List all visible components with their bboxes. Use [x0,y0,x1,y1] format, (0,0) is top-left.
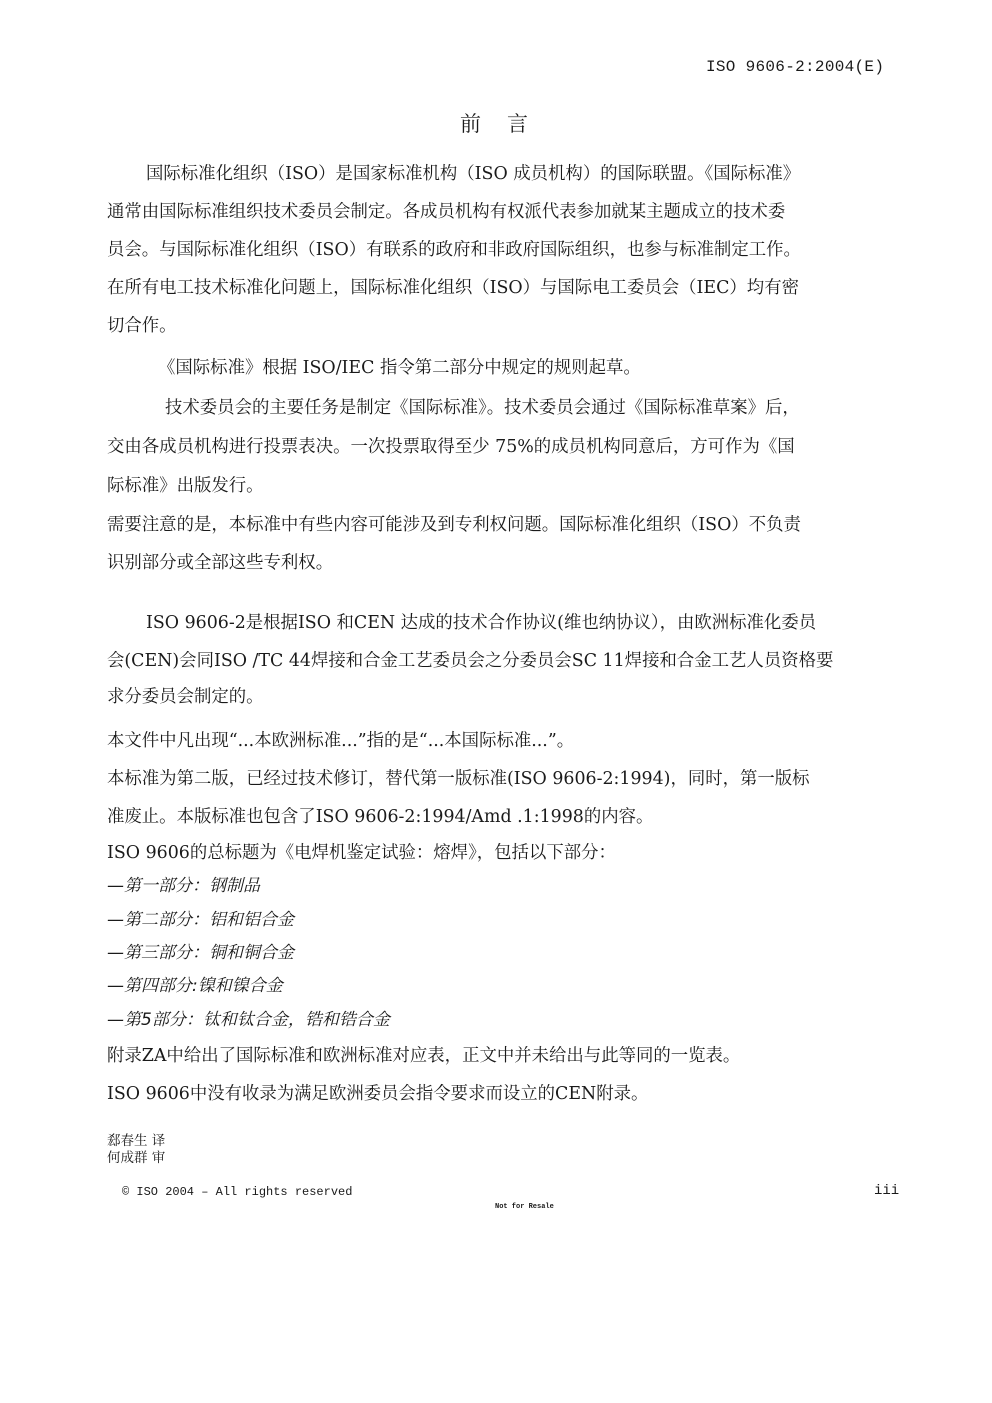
paragraph-7-line-1: 本标准为第二版，已经过技术修订，替代第一版标准(ISO 9606-2:1994)… [107,768,810,790]
paragraph-10: ISO 9606中没有收录为满足欧洲委员会指令要求而设立的CEN附录。 [107,1083,648,1105]
title-char-1: 前 [460,108,481,138]
document-code: ISO 9606-2:2004(E) [706,58,884,76]
paragraph-3-line-1: 技术委员会的主要任务是制定《国际标准》。技术委员会通过《国际标准草案》后， [165,397,800,419]
parts-list-item-5: —第5部分：钛和钛合金，锆和锆合金 [107,1009,390,1031]
paragraph-1-line-4: 在所有电工技术标准化问题上，国际标准化组织（ISO）与国际电工委员会（IEC）均… [107,277,799,299]
paragraph-7-line-2: 准废止。本版标准也包含了ISO 9606-2:1994/Amd .1:1998的… [107,806,653,828]
page-title: 前言 [460,108,528,138]
paragraph-4-line-1: 需要注意的是，本标准中有些内容可能涉及到专利权问题。国际标准化组织（ISO）不负… [107,514,801,536]
paragraph-6: 本文件中凡出现“...本欧洲标准...”指的是“...本国际标准...”。 [107,730,574,752]
parts-list-item-4: —第四部分:镍和镍合金 [107,975,283,997]
paragraph-3-line-3: 际标准》出版发行。 [107,475,264,497]
paragraph-5-line-3: 求分委员会制定的。 [107,686,264,708]
reviewer-credit: 何成群 审 [107,1150,165,1167]
paragraph-4-line-2: 识别部分或全部这些专利权。 [107,552,333,574]
paragraph-1-line-5: 切合作。 [107,315,177,337]
paragraph-8: ISO 9606的总标题为《电焊机鉴定试验：熔焊》，包括以下部分： [107,842,616,864]
translator-credit: 郄春生 译 [107,1133,165,1150]
paragraph-5-line-1: ISO 9606-2是根据ISO 和CEN 达成的技术合作协议(维也纳协议），由… [146,612,816,634]
paragraph-2: 《国际标准》根据 ISO/IEC 指令第二部分中规定的规则起草。 [158,357,641,379]
paragraph-1-line-3: 员会。与国际标准化组织（ISO）有联系的政府和非政府国际组织，也参与标准制定工作… [107,239,801,261]
parts-list-item-3: —第三部分：铜和铜合金 [107,942,294,964]
parts-list-item-1: —第一部分：钢制品 [107,875,260,897]
paragraph-5-line-2: 会(CEN)会同ISO /TC 44焊接和合金工艺委员会之分委员会SC 11焊接… [107,650,833,672]
title-char-2: 言 [507,108,528,138]
paragraph-3-line-2: 交由各成员机构进行投票表决。一次投票取得至少 75%的成员机构同意后，方可作为《… [107,436,795,458]
paragraph-9: 附录ZA中给出了国际标准和欧洲标准对应表，正文中并未给出与此等同的一览表。 [107,1045,740,1067]
page-number: iii [874,1183,899,1199]
paragraph-1-line-1: 国际标准化组织（ISO）是国家标准机构（ISO 成员机构）的国际联盟。《国际标准… [146,163,800,185]
resale-notice: Not for Resale [495,1203,554,1211]
paragraph-1-line-2: 通常由国际标准组织技术委员会制定。各成员机构有权派代表参加就某主题成立的技术委 [107,201,785,223]
copyright-notice: © ISO 2004 – All rights reserved [122,1185,352,1199]
parts-list-item-2: —第二部分：铝和铝合金 [107,909,294,931]
